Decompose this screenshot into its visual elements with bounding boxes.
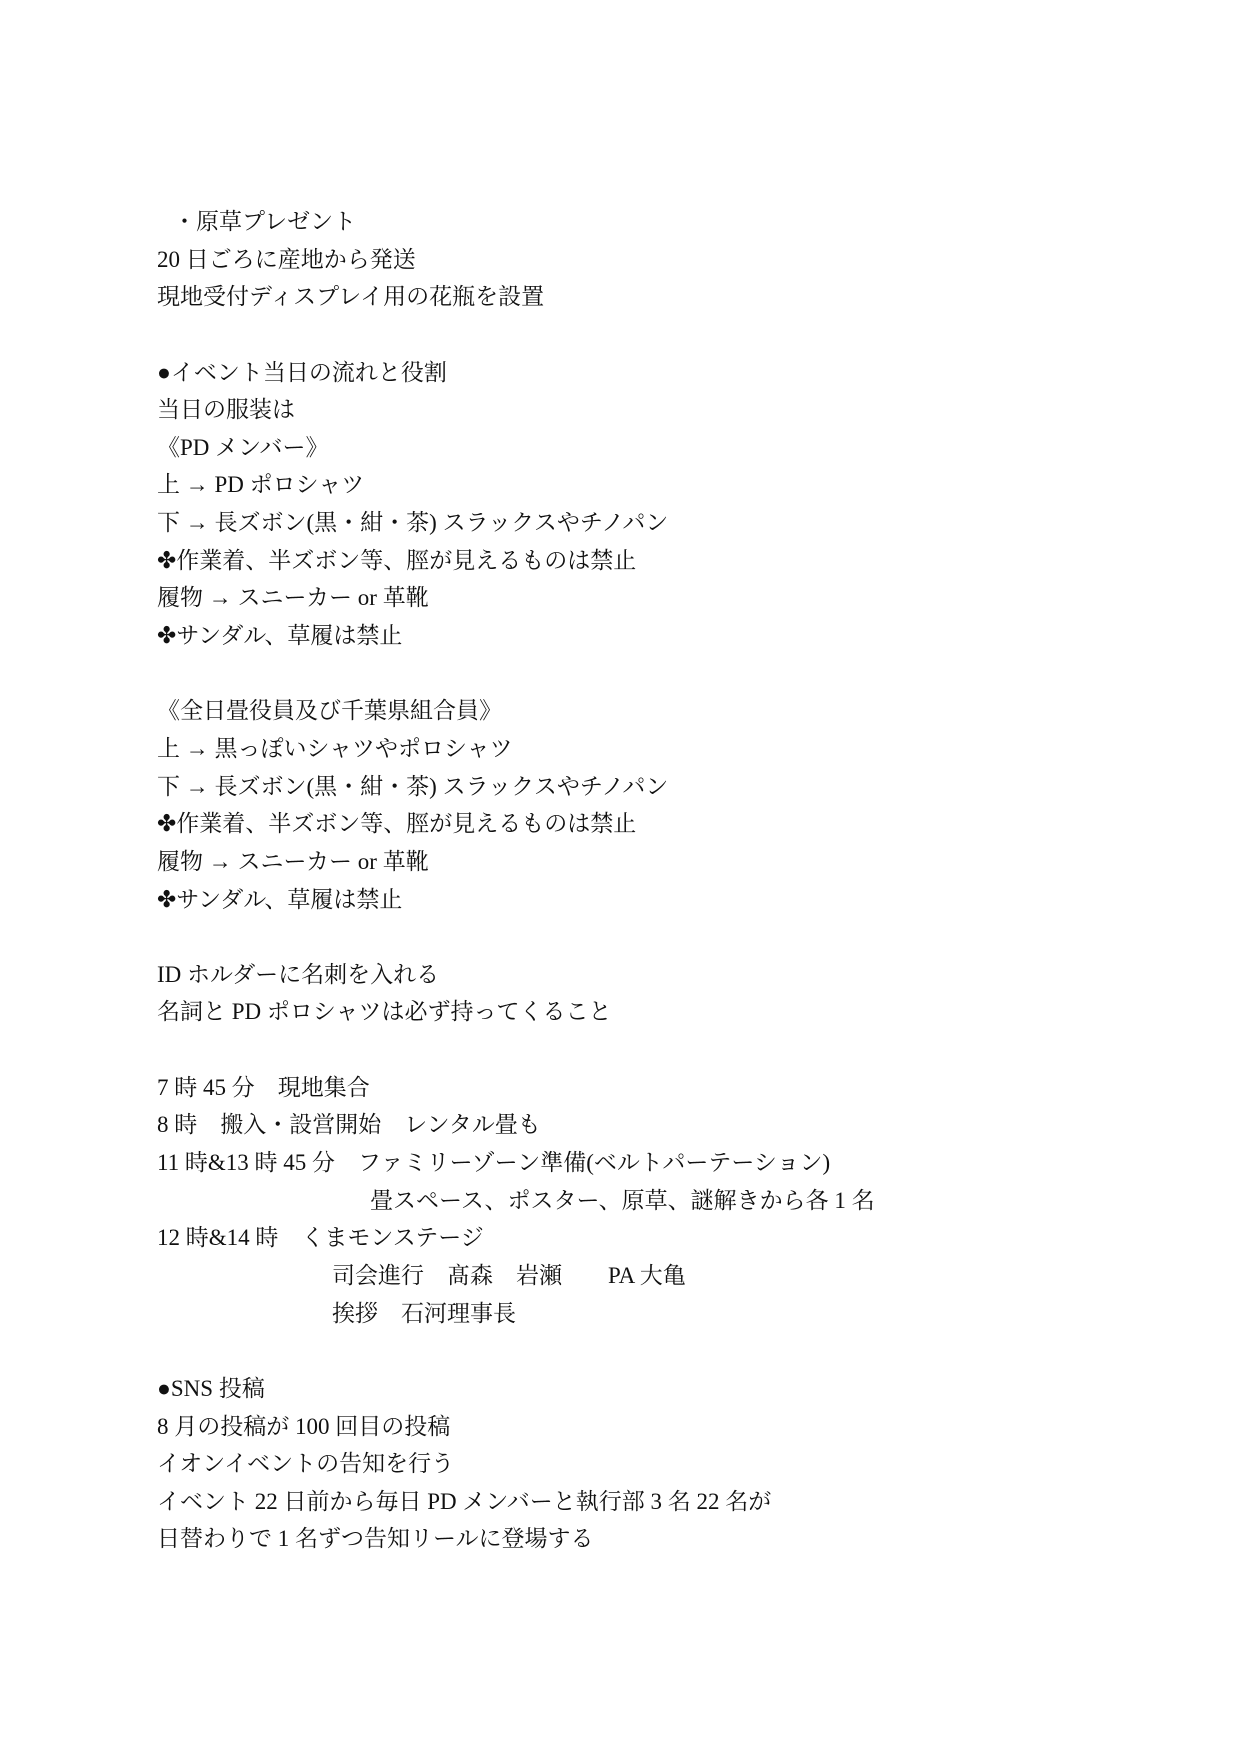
document-text-block: ・原草プレゼント 20 日ごろに産地から発送 現地受付ディスプレイ用の花瓶を設置…: [157, 203, 1201, 1558]
schedule-line-kumamon-stage: 12 時&14 時 くまモンステージ: [157, 1219, 1201, 1257]
document-page: ・原草プレゼント 20 日ごろに産地から発送 現地受付ディスプレイ用の花瓶を設置…: [0, 0, 1241, 1755]
text-line-id-holder: ID ホルダーに名刺を入れる: [157, 956, 1201, 994]
text-line-gift-item: ・原草プレゼント: [157, 203, 1201, 241]
text-line-daily-posts: イベント 22 日前から毎日 PD メンバーと執行部 3 名 22 名が: [157, 1483, 1201, 1521]
schedule-line-800: 8 時 搬入・設営開始 レンタル畳も: [157, 1106, 1201, 1144]
schedule-line-family-zone-detail: 畳スペース、ポスター、原草、謎解きから各 1 名: [157, 1182, 1201, 1220]
text-line-workwear-ban-officers: ✤作業着、半ズボン等、脛が見えるものは禁止: [157, 805, 1201, 843]
text-line-bottom-pd: 下 → 長ズボン(黒・紺・茶) スラックスやチノパン: [157, 504, 1201, 542]
schedule-line-745: 7 時 45 分 現地集合: [157, 1069, 1201, 1107]
section-heading-sns: ●SNS 投稿: [157, 1370, 1201, 1408]
text-line-bottom-officers: 下 → 長ズボン(黒・紺・茶) スラックスやチノパン: [157, 768, 1201, 806]
text-line-100th-post: 8 月の投稿が 100 回目の投稿: [157, 1408, 1201, 1446]
schedule-line-mc: 司会進行 髙森 岩瀬 PA 大亀: [157, 1257, 1201, 1295]
blank-line: [157, 655, 1201, 693]
text-line-footwear-pd: 履物 → スニーカー or 革靴: [157, 579, 1201, 617]
blank-line: [157, 1031, 1201, 1069]
text-line-top-officers: 上 → 黒っぽいシャツやポロシャツ: [157, 730, 1201, 768]
subheading-officers-chiba: 《全日畳役員及び千葉県組合員》: [157, 692, 1201, 730]
text-line-shipping: 20 日ごろに産地から発送: [157, 241, 1201, 279]
text-line-sandal-ban-pd: ✤サンダル、草履は禁止: [157, 617, 1201, 655]
blank-line: [157, 1332, 1201, 1370]
blank-line: [157, 918, 1201, 956]
subheading-pd-members: 《PD メンバー》: [157, 429, 1201, 467]
text-line-aeon-notice: イオンイベントの告知を行う: [157, 1445, 1201, 1483]
schedule-line-family-zone: 11 時&13 時 45 分 ファミリーゾーン準備(ベルトパーテーション): [157, 1144, 1201, 1182]
text-line-top-pd: 上 → PD ポロシャツ: [157, 466, 1201, 504]
section-heading-event-day: ●イベント当日の流れと役割: [157, 354, 1201, 392]
schedule-line-greeting: 挨拶 石河理事長: [157, 1295, 1201, 1333]
text-line-clothing-intro: 当日の服装は: [157, 391, 1201, 429]
blank-line: [157, 316, 1201, 354]
text-line-workwear-ban-pd: ✤作業着、半ズボン等、脛が見えるものは禁止: [157, 542, 1201, 580]
text-line-footwear-officers: 履物 → スニーカー or 革靴: [157, 843, 1201, 881]
text-line-vase-display: 現地受付ディスプレイ用の花瓶を設置: [157, 278, 1201, 316]
text-line-sandal-ban-officers: ✤サンダル、草履は禁止: [157, 881, 1201, 919]
text-line-bring-items: 名詞と PD ポロシャツは必ず持ってくること: [157, 993, 1201, 1031]
text-line-reel-appearance: 日替わりで 1 名ずつ告知リールに登場する: [157, 1520, 1201, 1558]
